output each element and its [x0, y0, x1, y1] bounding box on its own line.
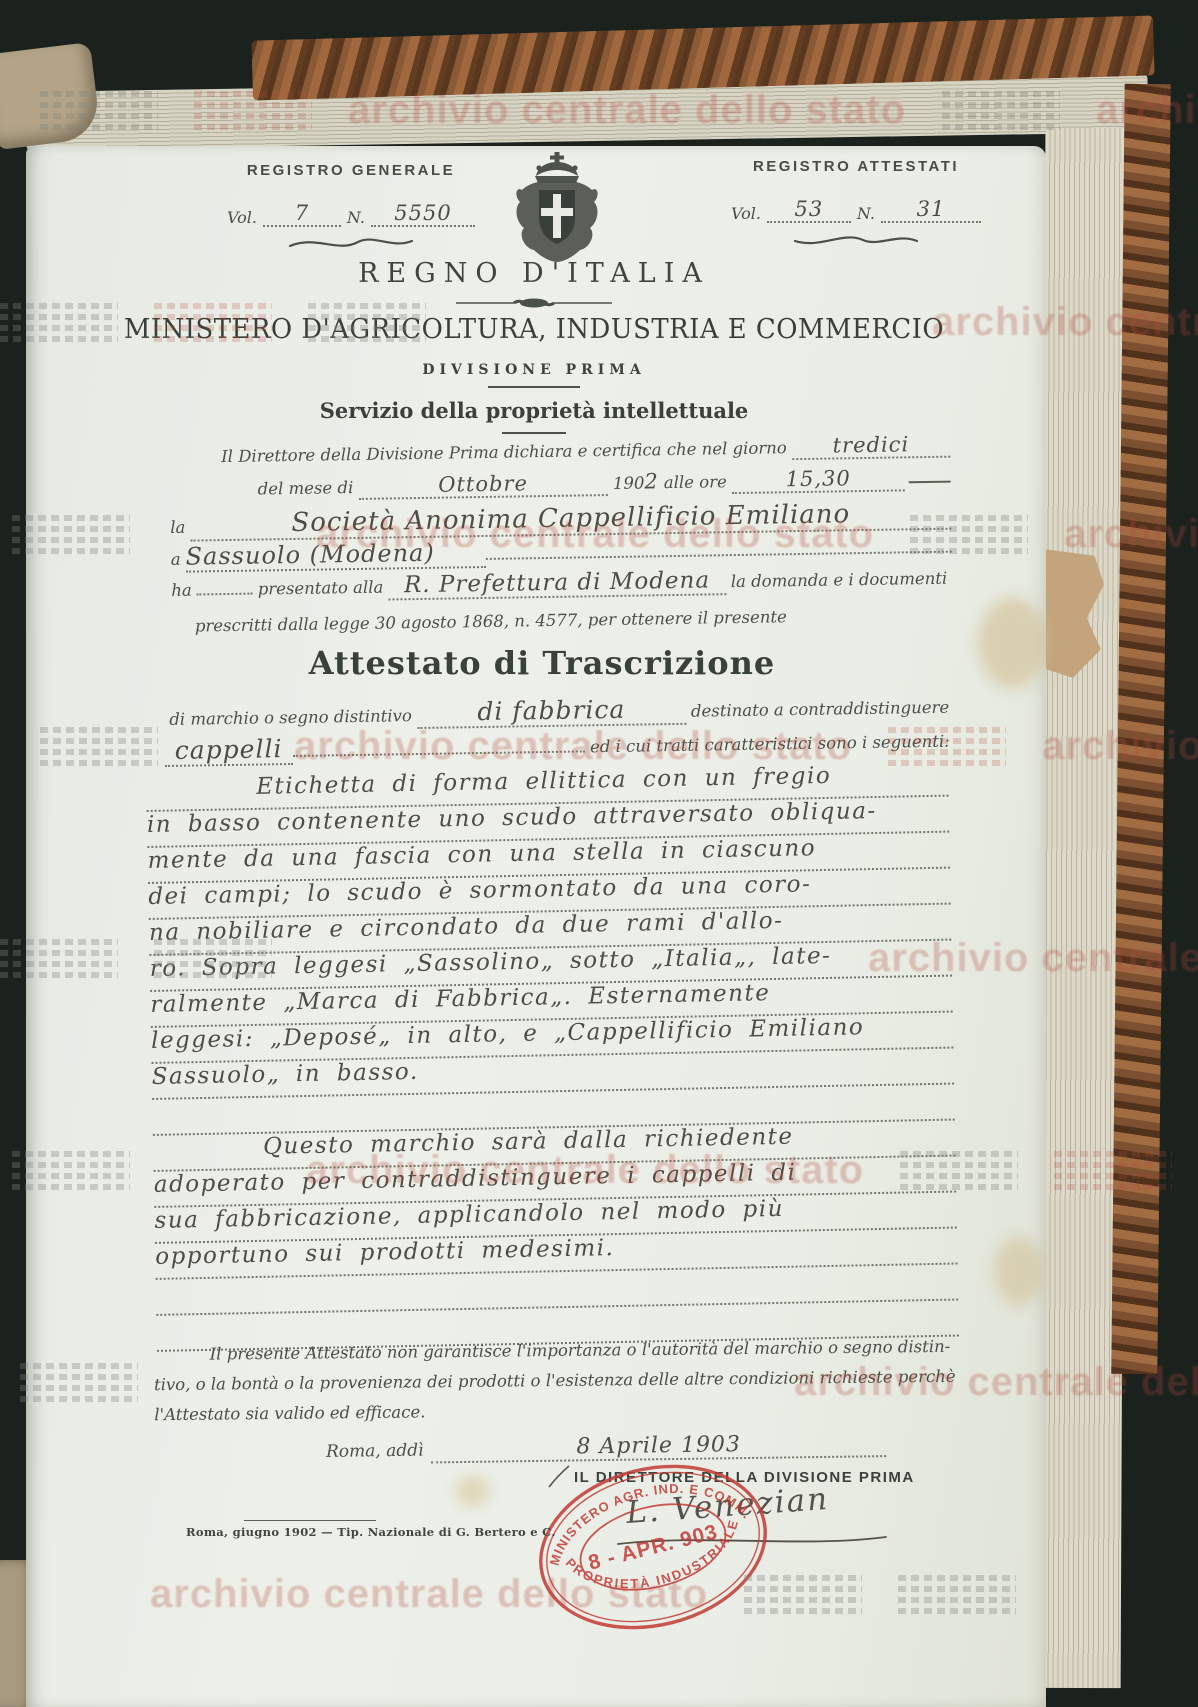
kingdom-title: REGNO D'ITALIA [32, 258, 1036, 289]
book-pages-right-edge [1039, 128, 1128, 1688]
division-title: DIVISIONE PRIMA [32, 362, 1036, 378]
printed-text: di marchio o segno distintivo [164, 706, 417, 729]
paper-stain [994, 1236, 1044, 1306]
handwritten-hour: 15,30 [732, 465, 905, 494]
scanned-document-photo: REGISTRO GENERALE Vol. 7 N. 5550 REGISTR… [0, 0, 1198, 1707]
ministry-title: MINISTERO D'AGRICOLTURA, INDUSTRIA E COM… [52, 314, 1016, 345]
printed-law-line: prescritti dalla legge 30 agosto 1868, n… [167, 605, 953, 636]
handwritten-place: Sassuolo (Modena) [185, 538, 485, 573]
certificate-title: Attestato di Trascrizione [32, 644, 1052, 682]
printer-imprint: Roma, giugno 1902 — Tip. Nazionale di G.… [186, 1520, 556, 1539]
subject-block: di marchio o segno distintivo di fabbric… [164, 690, 955, 770]
printed-text: del mese di [253, 478, 359, 499]
pen-dash [909, 480, 951, 483]
printed-text: la domanda e i documenti [726, 569, 953, 592]
rule [502, 432, 566, 434]
printed-text: a [166, 550, 186, 569]
printer-imprint-text: Roma, giugno 1902 — Tip. Nazionale di G.… [186, 1525, 556, 1539]
dotted-rule [293, 750, 586, 757]
printed-text: ed i cui tratti caratteristici sono i se… [585, 732, 955, 757]
handwritten-day: tredici [792, 432, 951, 460]
ornamental-divider-icon [454, 296, 614, 310]
handwritten-year-digit: 2 [644, 469, 659, 493]
handwritten-prefecture: R. Prefettura di Modena [388, 567, 726, 600]
mark-description-block: Etichetta di forma ellittica con un freg… [146, 761, 959, 1352]
declaration-form: Il Direttore della Divisione Prima dichi… [164, 432, 953, 636]
closing-paragraph: Il presente Attestato non garantisce l'i… [154, 1332, 957, 1430]
handwritten-mark-type: di fabbrica [417, 694, 687, 729]
document-header: REGNO D'ITALIA MINISTERO D'AGRICOLTURA, … [32, 146, 1036, 446]
printed-place-label: Roma, addì [326, 1440, 432, 1461]
printed-text: la [165, 518, 190, 537]
printed-text: ha [166, 581, 197, 600]
handwritten-month: Ottobre [358, 470, 608, 500]
printed-text: Il Direttore della Divisione Prima dichi… [216, 438, 792, 466]
handwritten-products: cappelli [165, 734, 293, 767]
date-line: Roma, addì 8 Aprile 1903 [326, 1430, 886, 1465]
dotted-rule [197, 593, 253, 596]
printed-year: 190 [608, 473, 645, 493]
rule [488, 386, 580, 388]
service-title: Servizio della proprietà intellettuale [32, 398, 1036, 423]
printed-text: alle ore [659, 472, 732, 492]
paper-stain [456, 1476, 490, 1506]
document-page: REGISTRO GENERALE Vol. 7 N. 5550 REGISTR… [26, 146, 1046, 1707]
printed-text: presentato alla [253, 577, 389, 598]
printed-text: destinato a contraddistinguere [686, 698, 954, 721]
rule [244, 1520, 376, 1521]
dotted-rule [486, 551, 952, 560]
